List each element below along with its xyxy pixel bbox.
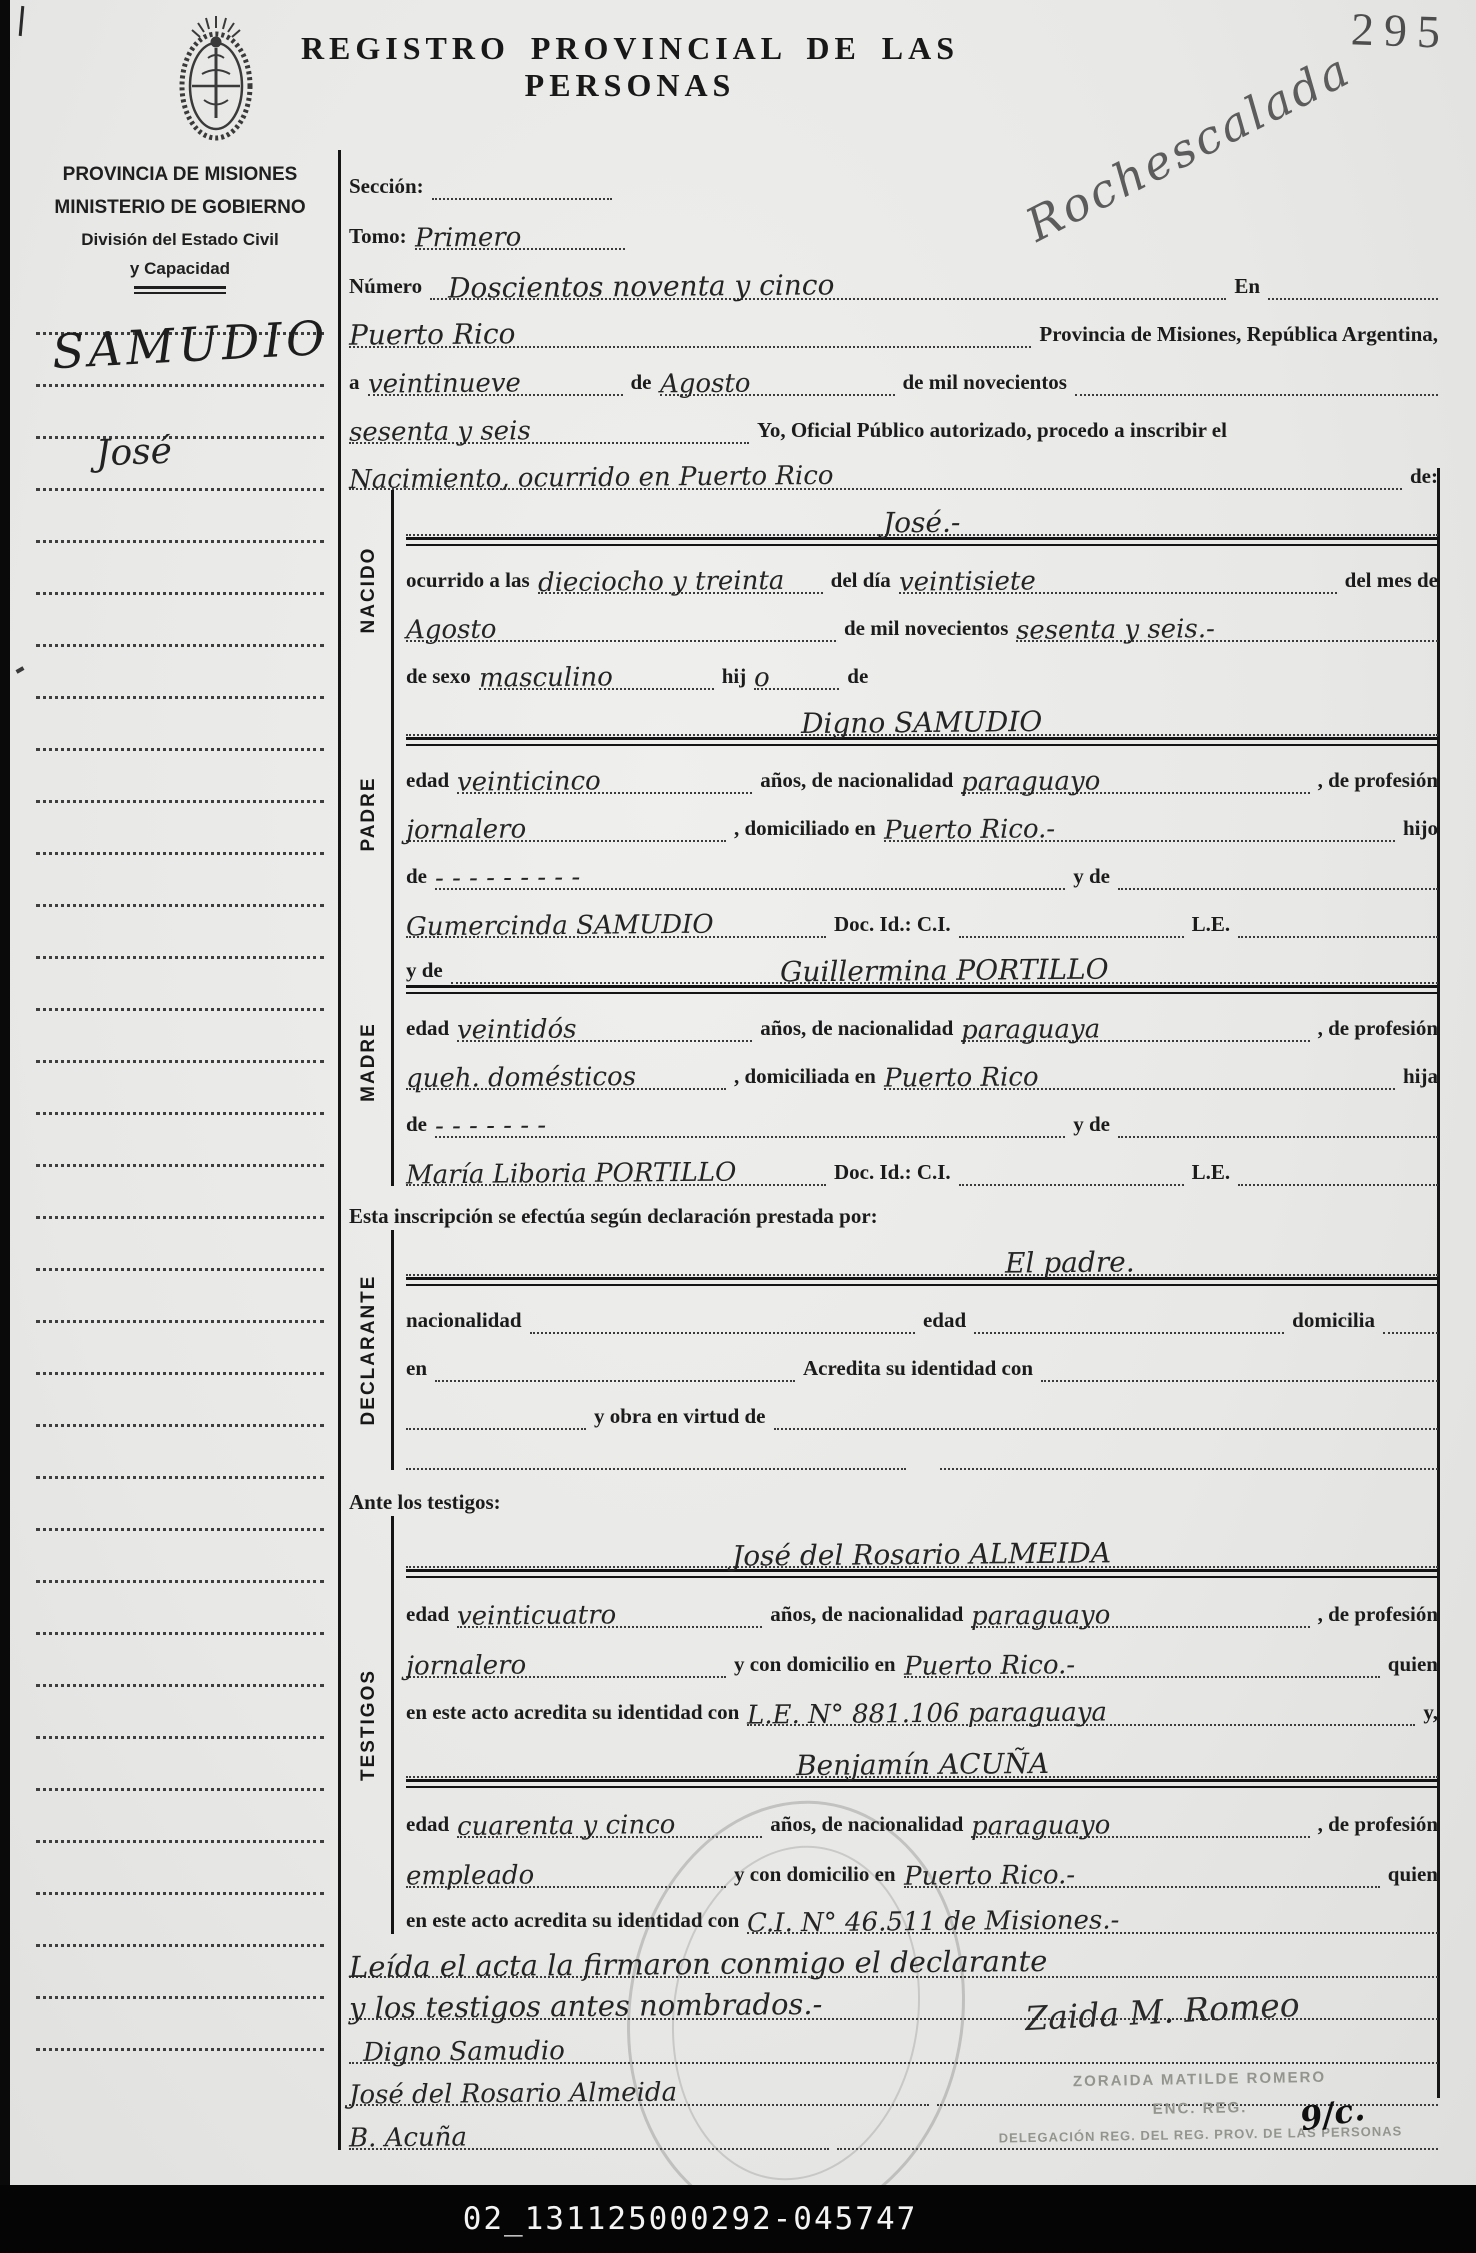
domicilio-label: y con domicilio en bbox=[734, 1652, 896, 1678]
field-fecha: a veintinueve de Agosto de mil novecient… bbox=[347, 348, 1438, 396]
madre-abuela2-blank bbox=[1118, 1136, 1438, 1138]
del-dia-label: del día bbox=[831, 568, 891, 594]
doc-id-label: Doc. Id.: C.I. bbox=[834, 1160, 951, 1186]
mes-blank: Agosto bbox=[660, 369, 895, 396]
tomo-label: Tomo: bbox=[349, 224, 407, 250]
declarante-extra1-blank bbox=[406, 1468, 906, 1470]
profesion-label: , de profesión bbox=[1318, 1812, 1438, 1838]
obra-label: y obra en virtud de bbox=[594, 1404, 766, 1430]
padre-abuela-row: Gumercinda SAMUDIO Doc. Id.: C.I. L.E. bbox=[406, 890, 1438, 938]
declarante-obra-row: y obra en virtud de bbox=[406, 1382, 1438, 1430]
en-label: en bbox=[406, 1356, 427, 1382]
section-label-column: NACIDO bbox=[347, 490, 391, 690]
declarante-extra2-blank bbox=[940, 1468, 1438, 1470]
madre-abuela-blank: María Liboria PORTILLO bbox=[406, 1159, 826, 1186]
profesion-label: , de profesión bbox=[1318, 1602, 1438, 1628]
org-line: PROVINCIA DE MISIONES bbox=[40, 158, 320, 191]
nacido-hora-row: ocurrido a las dieciocho y treinta del d… bbox=[406, 546, 1438, 594]
padre-abuela2-blank bbox=[1118, 888, 1438, 890]
declarante-id-blank bbox=[1041, 1380, 1438, 1382]
padre-edad-row: edad veinticinco años, de nacionalidad p… bbox=[406, 746, 1438, 794]
page-title: REGISTRO PROVINCIAL DE LAS PERSONAS bbox=[280, 30, 980, 104]
de-label: de bbox=[406, 1112, 427, 1138]
lugar-blank: Puerto Rico bbox=[349, 318, 1031, 348]
declarante-en-blank bbox=[435, 1380, 795, 1382]
padre-abuela-blank: Gumercinda SAMUDIO bbox=[406, 911, 826, 938]
en-blank bbox=[1268, 298, 1438, 300]
margin-ruled-lines bbox=[36, 332, 324, 2072]
film-code: 02_131125000292-045747 bbox=[463, 2201, 918, 2237]
nacido-sexo-row: de sexo masculino hij o de bbox=[406, 642, 1438, 690]
testigo2-dom-blank: Puerto Rico.- bbox=[904, 1861, 1380, 1888]
testigos-label: TESTIGOS bbox=[358, 1669, 380, 1781]
padre-label: PADRE bbox=[358, 776, 380, 851]
padre-nombre-value: Digno SAMUDIO bbox=[801, 705, 1043, 740]
testigo2-edad-row: edad cuarenta y cinco años, de nacionali… bbox=[406, 1788, 1438, 1838]
padre-dom-blank: Puerto Rico.- bbox=[884, 815, 1395, 842]
testigo1-edad-blank: veinticuatro bbox=[457, 1601, 762, 1628]
profesion-label: , de profesión bbox=[1318, 768, 1438, 794]
film-code-bar: 02_131125000292-045747 bbox=[0, 2185, 1476, 2253]
madre-abuelo-value: - - - - - - - bbox=[435, 1111, 546, 1142]
sexo-value: masculino bbox=[479, 662, 613, 693]
nacido-mes-row: Agosto de mil novecientos sesenta y seis… bbox=[406, 594, 1438, 642]
testigo2-nombre-row: Benjamín ACUÑA bbox=[406, 1726, 1438, 1778]
padre-nac-blank: paraguayo bbox=[961, 767, 1309, 794]
signature-declarant: Digno Samudio bbox=[363, 2036, 565, 2068]
anio-blank bbox=[1075, 394, 1438, 396]
field-lugar: Puerto Rico Provincia de Misiones, Repúb… bbox=[347, 300, 1438, 348]
madre-nombre-value: Guillermina PORTILLO bbox=[780, 953, 1109, 989]
acredita-label: Acredita su identidad con bbox=[803, 1356, 1033, 1382]
declarante-blank: El padre. bbox=[406, 1246, 1438, 1276]
madre-nombre-row: y de Guillermina PORTILLO bbox=[406, 938, 1438, 984]
org-line: MINISTERIO DE GOBIERNO bbox=[40, 191, 320, 224]
dia-value: veintinueve bbox=[367, 368, 520, 399]
numero-blank: Doscientos noventa y cinco bbox=[430, 270, 1226, 300]
signature-witness2: B. Acuña bbox=[349, 2122, 467, 2153]
nombre-value: José.- bbox=[883, 506, 961, 540]
madre-edad-row: edad veintidós años, de nacionalidad par… bbox=[406, 994, 1438, 1042]
madre-abuela-value: María Liboria PORTILLO bbox=[406, 1158, 737, 1191]
padre-nac-value: paraguayo bbox=[961, 766, 1101, 797]
testigo2-nombre-blank: Benjamín ACUÑA bbox=[406, 1748, 1438, 1778]
padre-abuelo-value: - - - - - - - - - bbox=[435, 862, 580, 893]
madre-nac-value: paraguaya bbox=[961, 1014, 1100, 1045]
anio-nac-blank: sesenta y seis.- bbox=[1016, 615, 1438, 642]
madre-le-blank bbox=[1238, 1184, 1438, 1186]
field-seccion: Sección: bbox=[347, 150, 1438, 200]
testigo2-prof-value: empleado bbox=[406, 1860, 534, 1891]
declarante-identidad-row: en Acredita su identidad con bbox=[406, 1334, 1438, 1382]
issuing-office-block: PROVINCIA DE MISIONES MINISTERIO DE GOBI… bbox=[40, 158, 320, 294]
testigo1-prof-value: jornalero bbox=[406, 1650, 526, 1681]
testigo1-nombre-value: José del Rosario ALMEIDA bbox=[732, 1536, 1111, 1572]
de-label: de bbox=[406, 864, 427, 890]
seccion-label: Sección: bbox=[349, 174, 424, 200]
provincia-label: Provincia de Misiones, República Argenti… bbox=[1039, 322, 1438, 348]
doc-id-label: Doc. Id.: C.I. bbox=[834, 912, 951, 938]
page-number: 295 bbox=[1350, 2, 1451, 58]
numero-value: Doscientos noventa y cinco bbox=[448, 268, 835, 304]
madre-label: MADRE bbox=[358, 1022, 380, 1102]
edad-label: edad bbox=[406, 1016, 449, 1042]
edad-label: edad bbox=[406, 1602, 449, 1628]
declarante-dom-blank bbox=[1383, 1332, 1438, 1334]
de-label: de bbox=[847, 664, 868, 690]
madre-dom-value: Puerto Rico bbox=[884, 1062, 1039, 1093]
hijo-o-value: o bbox=[754, 663, 770, 693]
hija-label: hija bbox=[1403, 1064, 1438, 1090]
declarante-extra-row bbox=[406, 1430, 1438, 1470]
de2-label: de: bbox=[1410, 464, 1438, 490]
ocurrido-label: ocurrido a las bbox=[406, 568, 530, 594]
field-acto: Nacimiento, ocurrido en Puerto Rico de: bbox=[347, 444, 1438, 490]
testigo1-identidad-row: en este acto acredita su identidad con L… bbox=[406, 1678, 1438, 1726]
testigo1-nombre-row: José del Rosario ALMEIDA bbox=[406, 1516, 1438, 1568]
testigo1-edad-row: edad veinticuatro años, de nacionalidad … bbox=[406, 1578, 1438, 1628]
padre-abuelo-blank: - - - - - - - - - bbox=[435, 863, 1065, 890]
testigos-intro-row: Ante los testigos: bbox=[347, 1470, 1438, 1516]
field-numero: Número Doscientos noventa y cinco En bbox=[347, 250, 1438, 300]
padre-abuelo-row: de - - - - - - - - - y de bbox=[406, 842, 1438, 890]
nacionalidad-label: años, de nacionalidad bbox=[760, 1016, 953, 1042]
nacido-label: NACIDO bbox=[358, 547, 380, 634]
mil-novecientos-label: de mil novecientos bbox=[903, 370, 1067, 396]
tomo-value: Primero bbox=[414, 223, 521, 254]
tomo-blank: Primero bbox=[415, 223, 625, 250]
stray-mark bbox=[16, 666, 25, 673]
declaracion-intro-row: Esta inscripción se efectúa según declar… bbox=[347, 1186, 1438, 1230]
en-label: En bbox=[1234, 274, 1260, 300]
declarante-label: DECLARANTE bbox=[358, 1275, 380, 1426]
le-label: L.E. bbox=[1192, 912, 1231, 938]
section-label-column: MADRE bbox=[347, 938, 391, 1186]
declarante-nac-blank bbox=[530, 1332, 915, 1334]
declarante-edad-blank bbox=[974, 1332, 1284, 1334]
madre-abuelo-blank: - - - - - - - bbox=[435, 1111, 1065, 1138]
signature-witness1: José del Rosario Almeida bbox=[349, 2078, 677, 2111]
testigo1-edad-value: veinticuatro bbox=[457, 1600, 617, 1631]
section-label-column: PADRE bbox=[347, 690, 391, 938]
stray-mark bbox=[19, 6, 25, 36]
madre-ci-blank bbox=[959, 1184, 1184, 1186]
padre-edad-value: veinticinco bbox=[457, 766, 601, 797]
testigo1-id-value: L.E. N° 881.106 paraguaya bbox=[747, 1697, 1107, 1730]
argentina-coat-of-arms-icon bbox=[168, 14, 264, 150]
field-tomo: Tomo: Primero bbox=[347, 200, 1438, 250]
dia-nac-value: veintisiete bbox=[899, 566, 1036, 597]
edad-label: edad bbox=[406, 1812, 449, 1838]
testigo1-nac-value: paraguayo bbox=[971, 1600, 1111, 1631]
domiciliado-label: , domiciliado en bbox=[734, 816, 876, 842]
mes-nac-value: Agosto bbox=[406, 615, 497, 646]
padre-abuela-value: Gumercinda SAMUDIO bbox=[406, 910, 714, 943]
testigo1-dom-blank: Puerto Rico.- bbox=[904, 1651, 1380, 1678]
quien-label: quien bbox=[1388, 1652, 1438, 1678]
anio-value: sesenta y seis bbox=[349, 416, 531, 448]
padre-prof-value: jornalero bbox=[406, 814, 526, 845]
testigo1-prof-blank: jornalero bbox=[406, 1651, 726, 1678]
section-madre: MADRE y de Guillermina PORTILLO edad vei… bbox=[347, 938, 1438, 1186]
padre-domicilio-row: jornalero , domiciliado en Puerto Rico.-… bbox=[406, 794, 1438, 842]
acto-value: Nacimiento, ocurrido en Puerto Rico bbox=[349, 461, 834, 495]
padre-ci-blank bbox=[959, 936, 1184, 938]
testigo2-edad-value: cuarenta y cinco bbox=[457, 1810, 676, 1842]
hij-label: hij bbox=[722, 664, 747, 690]
profesion-label: , de profesión bbox=[1318, 1016, 1438, 1042]
testigos-intro-label: Ante los testigos: bbox=[349, 1490, 501, 1516]
madre-nac-blank: paraguaya bbox=[961, 1015, 1309, 1042]
mes-nac-blank: Agosto bbox=[406, 615, 836, 642]
section-nacido: NACIDO José.- ocurrido a las dieciocho y… bbox=[347, 490, 1438, 690]
declarante-obra1-blank bbox=[406, 1428, 586, 1430]
quien-label: quien bbox=[1388, 1862, 1438, 1888]
section-label-column: DECLARANTE bbox=[347, 1230, 391, 1470]
madre-edad-blank: veintidós bbox=[457, 1015, 752, 1042]
nacionalidad-label: años, de nacionalidad bbox=[770, 1602, 963, 1628]
birth-record-page: 295 REGISTRO PROVINCIAL DE LAS PERSONAS … bbox=[0, 0, 1476, 2253]
y-label: y, bbox=[1423, 1700, 1438, 1726]
oficial-label: Yo, Oficial Público autorizado, procedo … bbox=[757, 418, 1227, 444]
a-label: a bbox=[349, 370, 360, 396]
padre-edad-blank: veinticinco bbox=[457, 767, 752, 794]
sexo-blank: masculino bbox=[479, 663, 714, 690]
hijo-o-blank: o bbox=[754, 663, 839, 690]
org-line: y Capacidad bbox=[40, 254, 320, 284]
padre-nombre-row: Digno SAMUDIO bbox=[406, 690, 1438, 736]
section-padre: PADRE Digno SAMUDIO edad veinticinco año… bbox=[347, 690, 1438, 938]
acto-blank: Nacimiento, ocurrido en Puerto Rico bbox=[349, 463, 1402, 490]
anio-nac-value: sesenta y seis.- bbox=[1016, 614, 1215, 646]
de-label: de bbox=[631, 370, 652, 396]
testigo1-nombre-blank: José del Rosario ALMEIDA bbox=[406, 1538, 1438, 1568]
testigo2-nac-blank: paraguayo bbox=[971, 1811, 1309, 1838]
madre-abuela-row: María Liboria PORTILLO Doc. Id.: C.I. L.… bbox=[406, 1138, 1438, 1186]
hora-blank: dieciocho y treinta bbox=[538, 567, 823, 594]
testigo1-dom-value: Puerto Rico.- bbox=[903, 1650, 1074, 1681]
y-de-label: y de bbox=[1073, 864, 1110, 890]
testigo2-nac-value: paraguayo bbox=[971, 1810, 1111, 1841]
declaracion-intro-label: Esta inscripción se efectúa según declar… bbox=[349, 1204, 878, 1230]
org-line: División del Estado Civil bbox=[40, 225, 320, 255]
mil-label: de mil novecientos bbox=[844, 616, 1008, 642]
declarante-value: El padre. bbox=[1004, 1245, 1134, 1279]
anio2-blank: sesenta y seis bbox=[349, 417, 749, 444]
org-underline bbox=[134, 286, 226, 294]
dia-nac-blank: veintisiete bbox=[899, 567, 1337, 594]
hijo-label: hijo bbox=[1403, 816, 1438, 842]
numero-label: Número bbox=[349, 274, 422, 300]
del-mes-label: del mes de bbox=[1345, 568, 1438, 594]
madre-dom-blank: Puerto Rico bbox=[884, 1063, 1395, 1090]
hora-value: dieciocho y treinta bbox=[538, 566, 785, 598]
mes-value: Agosto bbox=[659, 369, 750, 400]
testigo2-nombre-value: Benjamín ACUÑA bbox=[795, 1747, 1048, 1782]
testigo1-nac-blank: paraguayo bbox=[971, 1601, 1309, 1628]
edad-label: edad bbox=[923, 1308, 966, 1334]
padre-nombre-blank: Digno SAMUDIO bbox=[406, 706, 1438, 736]
domiciliada-label: , domiciliada en bbox=[734, 1064, 876, 1090]
nacionalidad-label: nacionalidad bbox=[406, 1308, 522, 1334]
dia-blank: veintinueve bbox=[368, 369, 623, 396]
y-de-label: y de bbox=[406, 958, 443, 984]
y-de-label: y de bbox=[1073, 1112, 1110, 1138]
sexo-label: de sexo bbox=[406, 664, 471, 690]
madre-domicilio-row: queh. domésticos , domiciliada en Puerto… bbox=[406, 1042, 1438, 1090]
madre-nombre-blank: Guillermina PORTILLO bbox=[451, 954, 1438, 984]
field-anio: sesenta y seis Yo, Oficial Público autor… bbox=[347, 396, 1438, 444]
nacido-nombre-row: José.- bbox=[406, 490, 1438, 536]
testigo1-domicilio-row: jornalero y con domicilio en Puerto Rico… bbox=[406, 1628, 1438, 1678]
nacionalidad-label: años, de nacionalidad bbox=[760, 768, 953, 794]
lugar-value: Puerto Rico bbox=[349, 317, 516, 351]
identidad-label: en este acto acredita su identidad con bbox=[406, 1700, 739, 1726]
declarante-valor-row: El padre. bbox=[406, 1230, 1438, 1276]
edad-label: edad bbox=[406, 768, 449, 794]
declarante-obra2-blank bbox=[774, 1428, 1438, 1430]
testigo1-id-blank: L.E. N° 881.106 paraguaya bbox=[747, 1699, 1415, 1726]
section-declarante: DECLARANTE El padre. nacionalidad edad d… bbox=[347, 1230, 1438, 1470]
declarante-datos-row: nacionalidad edad domicilia bbox=[406, 1286, 1438, 1334]
madre-edad-value: veintidós bbox=[457, 1014, 577, 1045]
madre-prof-value: queh. domésticos bbox=[406, 1062, 636, 1094]
padre-dom-value: Puerto Rico.- bbox=[884, 814, 1055, 845]
padre-prof-blank: jornalero bbox=[406, 815, 726, 842]
nombre-blank: José.- bbox=[406, 506, 1438, 536]
padre-le-blank bbox=[1238, 936, 1438, 938]
le-label: L.E. bbox=[1192, 1160, 1231, 1186]
margin-given-name: José bbox=[95, 431, 172, 475]
double-rule bbox=[406, 1277, 1438, 1286]
madre-abuelo-row: de - - - - - - - y de bbox=[406, 1090, 1438, 1138]
domicilia-label: domicilia bbox=[1292, 1308, 1375, 1334]
film-edge bbox=[0, 0, 10, 2253]
seccion-blank bbox=[432, 198, 612, 200]
section-label-column: TESTIGOS bbox=[347, 1516, 391, 1934]
madre-prof-blank: queh. domésticos bbox=[406, 1063, 726, 1090]
